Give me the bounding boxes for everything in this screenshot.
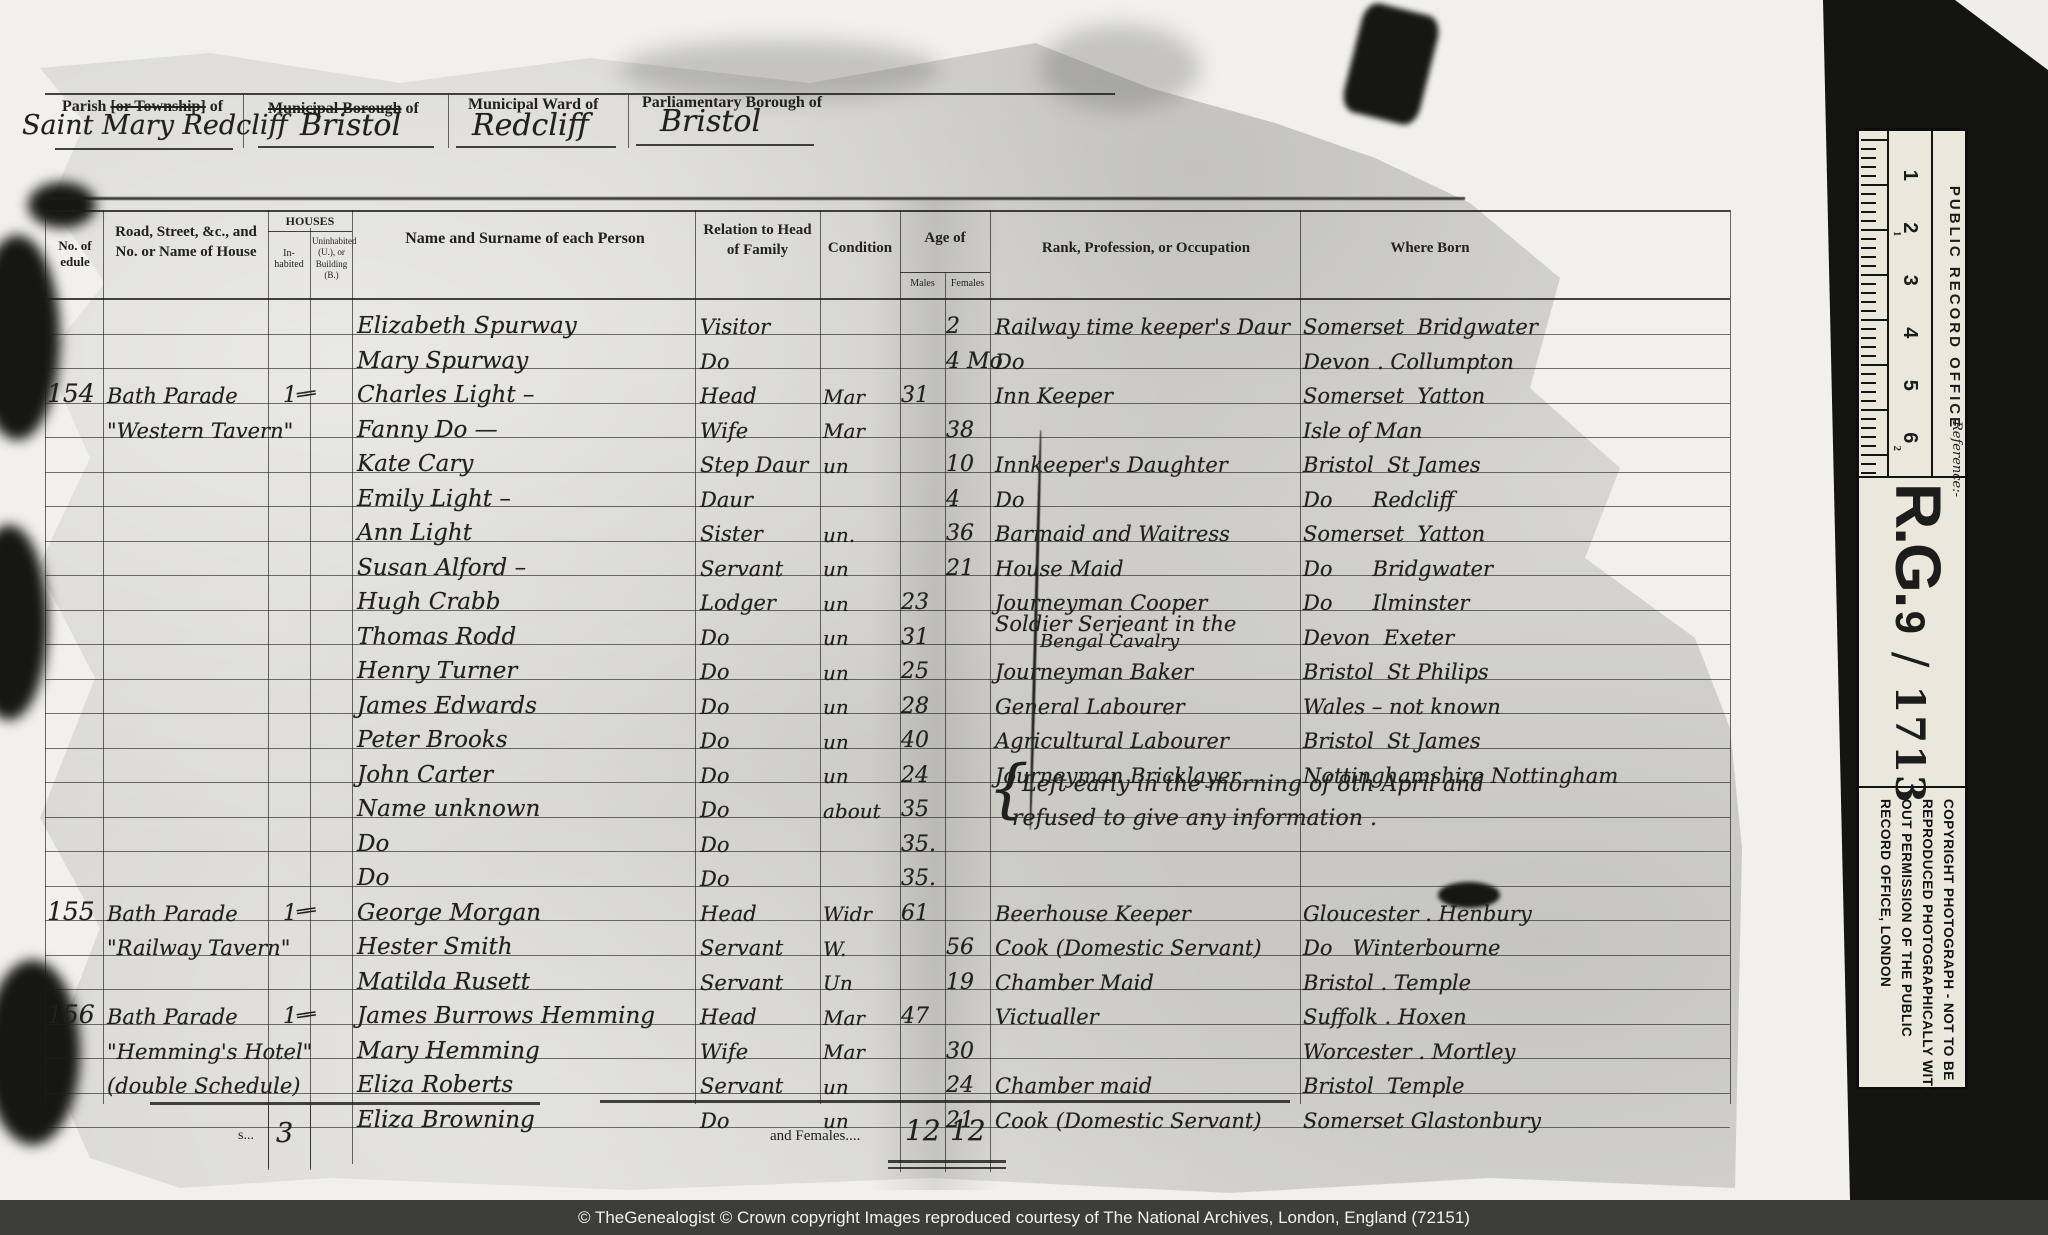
col-header-relation: Relation to Head of Family <box>700 220 815 261</box>
houses-underline <box>268 231 352 232</box>
occupation: Chamber maid <box>995 1075 1298 1097</box>
occupation-line1: Cook (Domestic Servant) <box>995 1109 1262 1133</box>
series-9: 9 <box>1887 611 1934 634</box>
ruler-number: 5 <box>1899 380 1922 391</box>
birthplace: Somerset Glastonbury <box>1303 1110 1728 1132</box>
census-rows: Elizabeth Spurway Visitor 2 Railway time… <box>45 300 1730 1128</box>
totals-males-value: 12 <box>905 1114 941 1147</box>
occupation: Agricultural Labourer <box>995 730 1298 752</box>
occupation-line1: Chamber Maid <box>995 971 1154 995</box>
occupation-line1: Do <box>995 350 1024 374</box>
col-header-age: Age of <box>902 230 988 247</box>
ruler-long-ticks <box>1861 139 1887 474</box>
table-row: Do Do 35. <box>45 818 1730 853</box>
occupation-line1: Journeyman Baker <box>995 660 1193 684</box>
occupation: Soldier Serjeant in theBengal Cavalry <box>995 613 1298 649</box>
note-line1: Left early in the morning of 8th April a… <box>1022 772 1484 797</box>
table-row: Mary Spurway Do 4 Mo Do Devon . Collumpt… <box>45 335 1730 370</box>
ink-blotch <box>28 182 96 228</box>
parish-value: Saint Mary Redcliff <box>22 110 288 141</box>
reference-label: Reference:- <box>1949 421 1964 551</box>
table-row: Hugh Crabb Lodger un 23 Journeyman Coope… <box>45 576 1730 611</box>
public-record-office-card: 1 2 1 2 3 4 5 6 PUBLIC RECORD OFFICE R.G… <box>1856 128 1968 1090</box>
header-divider <box>448 95 449 148</box>
totals-double-rule <box>888 1160 1006 1163</box>
table-row: James Edwards Do un 28 General Labourer … <box>45 680 1730 715</box>
ruler-number: 3 <box>1899 275 1922 286</box>
header-divider <box>628 95 629 148</box>
ward-underline <box>456 146 616 148</box>
occupation: General Labourer <box>995 696 1298 718</box>
col-header-condition: Condition <box>822 240 898 257</box>
occupation: Chamber Maid <box>995 972 1298 994</box>
table-row: 156 Bath Parade 1 ══ James Burrows Hemmi… <box>45 990 1730 1025</box>
table-row: Matilda Rusett Servant Un 19 Chamber Mai… <box>45 956 1730 991</box>
table-row: Eliza Browning Do un 21 Cook (Domestic S… <box>45 1094 1730 1129</box>
totals-houses-label: s... <box>238 1128 254 1144</box>
table-bottom-heavy-rule <box>600 1100 1290 1103</box>
footer-caption: © TheGenealogist © Crown copyright Image… <box>578 1208 1470 1228</box>
table-bottom-heavy-rule <box>150 1102 540 1105</box>
table-top-heavy-rule <box>45 197 1465 200</box>
ruler-number: 2 <box>1899 222 1922 233</box>
grey-smudge <box>1040 25 1200 110</box>
col-rule <box>1730 210 1731 1104</box>
occupation: Do <box>995 351 1298 373</box>
borough-underline <box>258 146 434 148</box>
schedule-header-line2: edule <box>60 254 90 269</box>
occupation-line1: General Labourer <box>995 695 1185 719</box>
table-row: Kate Cary Step Daur un 10 Innkeeper's Da… <box>45 438 1730 473</box>
table-row: (double Schedule) Eliza Roberts Servant … <box>45 1059 1730 1094</box>
series-rg: R.G. <box>1882 483 1954 607</box>
parliamentary-value: Bristol <box>660 104 761 139</box>
grey-smudge <box>620 40 940 100</box>
col-header-schedule: No. of edule <box>48 238 102 270</box>
occupation-line1: House Maid <box>995 557 1124 581</box>
occupation-line1: Beerhouse Keeper <box>995 902 1191 926</box>
table-row: Henry Turner Do un 25 Journeyman Baker B… <box>45 645 1730 680</box>
col-header-uninhabited: Uninhabited (U.), or Building (B.) <box>312 236 351 281</box>
copyright-notice: COPYRIGHT PHOTOGRAPH - NOT TO BE REPRODU… <box>1863 799 1958 1084</box>
col-header-occupation: Rank, Profession, or Occupation <box>1000 240 1292 257</box>
occupation: Barmaid and Waitress <box>995 523 1298 545</box>
card-divider <box>1859 786 1965 788</box>
totals-col-rule <box>310 1104 311 1170</box>
copyright-line: COPYRIGHT PHOTOGRAPH - NOT TO BE <box>1937 799 1958 1084</box>
col-header-inhabited: In-habited <box>269 248 309 270</box>
col-header-road: Road, Street, &c., and No. or Name of Ho… <box>108 222 264 263</box>
reference-slash: / <box>1885 652 1939 668</box>
table-row: 154 Bath Parade 1 ══ Charles Light – Hea… <box>45 369 1730 404</box>
copyright-line: OUT PERMISSION OF THE PUBLIC <box>1895 799 1916 1084</box>
schedule-header-line1: No. of <box>58 238 91 253</box>
occupation-line1: Innkeeper's Daughter <box>995 453 1228 477</box>
occupation: House Maid <box>995 558 1298 580</box>
table-row: "Railway Tavern" Hester Smith Servant W.… <box>45 921 1730 956</box>
reference-series: R.G. 9 / 1713 <box>1863 483 1955 783</box>
occupation-line1: Chamber maid <box>995 1074 1152 1098</box>
col-header-name: Name and Surname of each Person <box>360 228 690 250</box>
occupation-line1: Victualler <box>995 1005 1099 1029</box>
col-header-females: Females <box>946 278 989 289</box>
borough-value: Bristol <box>300 108 401 143</box>
table-row: Thomas Rodd Do un 31 Soldier Serjeant in… <box>45 611 1730 646</box>
age-underline <box>900 272 990 273</box>
occupation-line1: Barmaid and Waitress <box>995 522 1230 546</box>
occupation: Journeyman Baker <box>995 661 1298 683</box>
col-header-houses: HOUSES <box>268 214 352 229</box>
occupation: Do <box>995 489 1298 511</box>
table-row: Susan Alford – Servant un 21 House Maid … <box>45 542 1730 577</box>
occupation: Railway time keeper's Daur <box>995 316 1298 338</box>
header-divider <box>243 95 244 148</box>
occupation: Victualler <box>995 1006 1298 1028</box>
person-name: Eliza Browning <box>357 1108 692 1132</box>
occupation: Cook (Domestic Servant) <box>995 937 1298 959</box>
occupation-line1: Railway time keeper's Daur <box>995 315 1290 339</box>
totals-houses-value: 3 <box>276 1118 293 1149</box>
occupation-line1: Inn Keeper <box>995 384 1113 408</box>
totals-double-rule <box>888 1167 1006 1169</box>
occupation-line1: Cook (Domestic Servant) <box>995 936 1262 960</box>
ruler-number: 6 <box>1899 432 1922 443</box>
note-line2: refused to give any information . <box>1012 806 1377 831</box>
copyright-line: RECORD OFFICE, LONDON <box>1874 799 1895 1084</box>
table-row: Peter Brooks Do un 40 Agricultural Labou… <box>45 714 1730 749</box>
ward-value: Redcliff <box>472 108 589 143</box>
table-header-top <box>45 210 1730 212</box>
copyright-line: REPRODUCED PHOTOGRAPHICALLY WITH- <box>1916 799 1937 1084</box>
occupation-line1: Do <box>995 488 1024 512</box>
ruler-numbers: 1 2 3 4 5 6 <box>1889 149 1931 464</box>
header-strip-top-rule <box>45 93 1115 95</box>
census-photograph: Parish [or Township] of Saint Mary Redcl… <box>0 0 2048 1235</box>
table-row: Ann Light Sister un. 36 Barmaid and Wait… <box>45 507 1730 542</box>
totals-col-rule <box>352 1104 353 1164</box>
table-row: Emily Light – Daur 4 Do Do Redcliff <box>45 473 1730 508</box>
table-row: 155 Bath Parade 1 ══ George Morgan Head … <box>45 887 1730 922</box>
occupation-line2: Bengal Cavalry <box>1040 635 1298 649</box>
occupation: Beerhouse Keeper <box>995 903 1298 925</box>
col-header-born: Where Born <box>1310 240 1550 257</box>
parish-underline <box>55 148 233 150</box>
ruler-number: 4 <box>1899 327 1922 338</box>
totals-females-label: and Females.... <box>770 1128 860 1145</box>
occupation: Cook (Domestic Servant) <box>995 1110 1298 1132</box>
table-row: "Hemming's Hotel" Mary Hemming Wife Mar … <box>45 1025 1730 1060</box>
ink-blotch <box>0 525 48 720</box>
parliamentary-underline <box>636 144 814 146</box>
borough-label-of: of <box>406 100 419 117</box>
col-header-males: Males <box>901 278 944 289</box>
ruler-number: 1 <box>1899 170 1922 181</box>
totals-col-rule <box>268 1104 269 1170</box>
table-row: Elizabeth Spurway Visitor 2 Railway time… <box>45 300 1730 335</box>
table-row: "Western Tavern" Fanny Do — Wife Mar 38 … <box>45 404 1730 439</box>
table-row: Do Do 35. <box>45 852 1730 887</box>
totals-females-value: 12 <box>950 1114 986 1147</box>
footer-caption-bar: © TheGenealogist © Crown copyright Image… <box>0 1200 2048 1235</box>
occupation: Inn Keeper <box>995 385 1298 407</box>
